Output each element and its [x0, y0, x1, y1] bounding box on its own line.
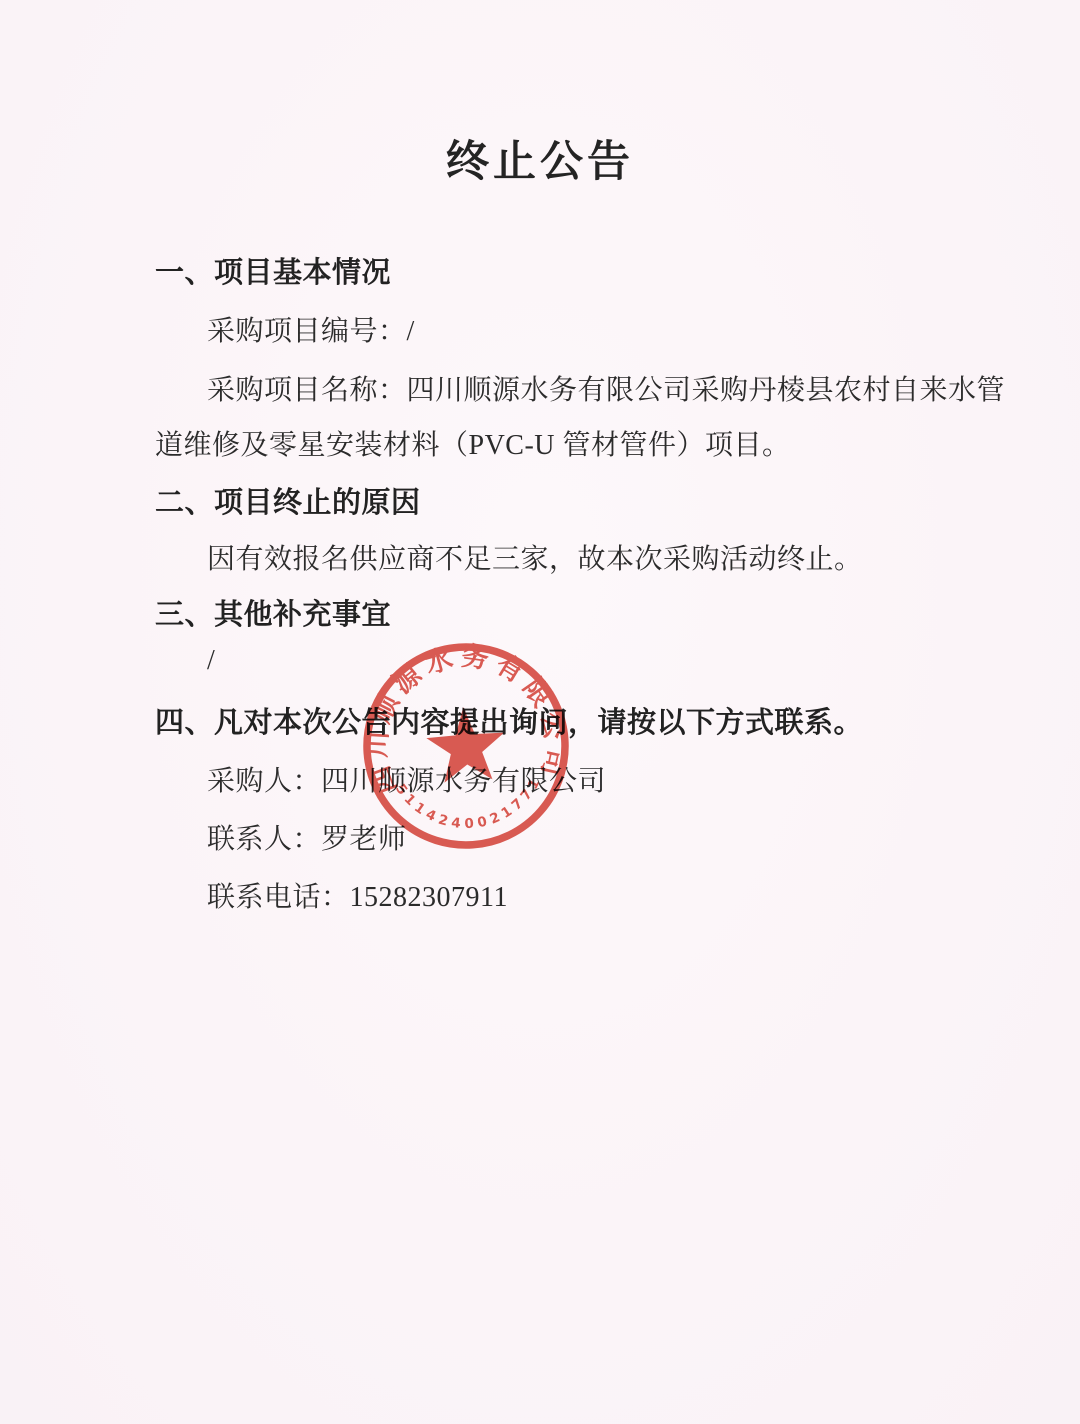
section-4-line-contact-phone: 联系电话：15282307911	[207, 875, 508, 915]
section-2-line-reason: 因有效报名供应商不足三家，故本次采购活动终止。	[207, 537, 863, 577]
section-3-line-slash: /	[207, 645, 215, 677]
company-seal-stamp: 四川顺源水务有限公司 5114240021771	[351, 631, 581, 861]
section-1-line-project-name-wrap: 道维修及零星安装材料（PVC-U 管材管件）项目。	[155, 423, 791, 463]
page-title: 终止公告	[0, 128, 1080, 189]
section-1-line-project-number: 采购项目编号：/	[207, 309, 415, 349]
seal-star-icon	[424, 704, 507, 783]
section-1-line-project-name: 采购项目名称：四川顺源水务有限公司采购丹棱县农村自来水管	[207, 368, 1005, 408]
document-page: 终止公告 一、项目基本情况 采购项目编号：/ 采购项目名称：四川顺源水务有限公司…	[0, 0, 1080, 1424]
section-3-heading: 三、其他补充事宜	[155, 592, 391, 633]
section-2-heading: 二、项目终止的原因	[155, 480, 421, 521]
section-1-heading: 一、项目基本情况	[155, 250, 391, 291]
